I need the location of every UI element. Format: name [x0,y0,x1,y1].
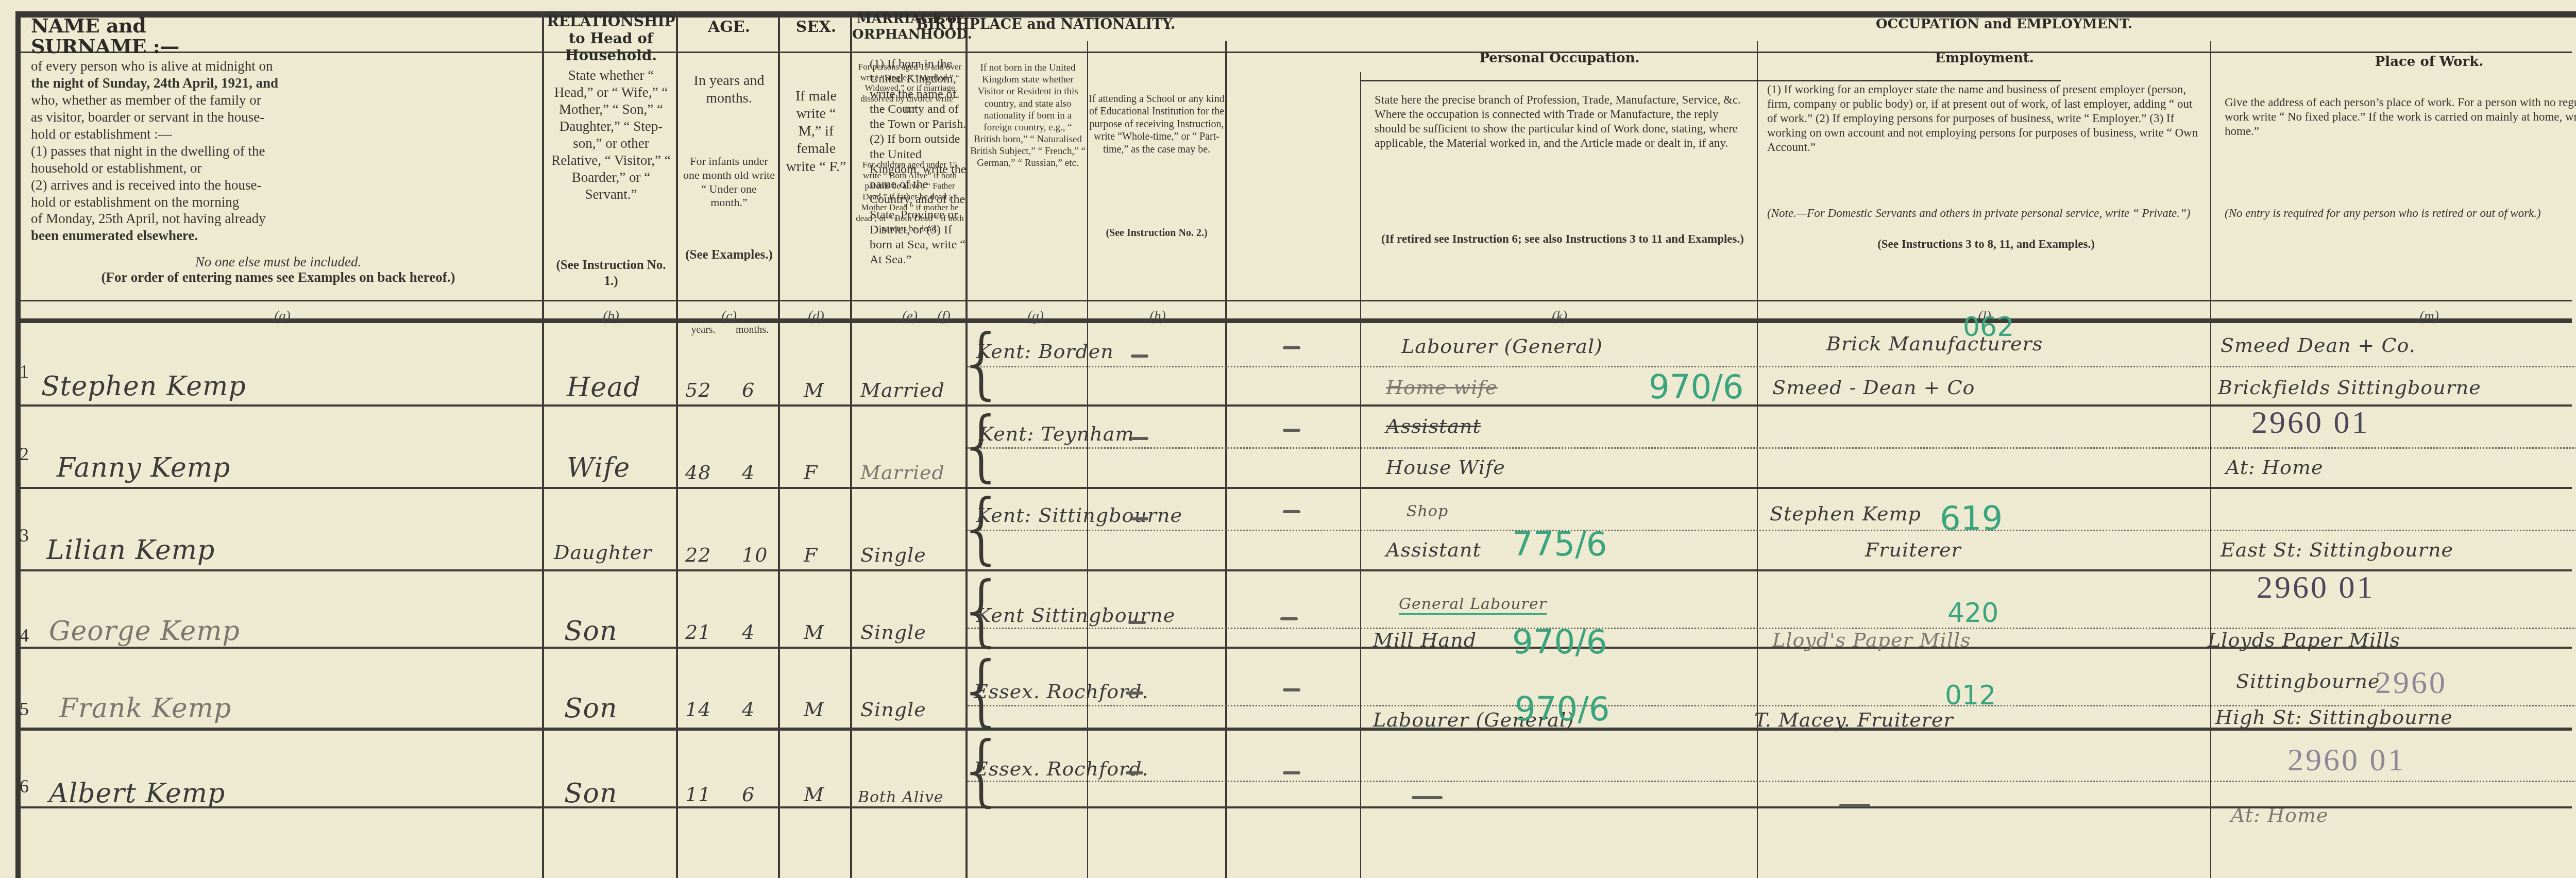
brace-icon: { [957,489,1006,567]
sex-value: F [804,461,818,484]
row-rule-5 [21,728,2572,731]
marriage-value: Both Alive [858,788,944,806]
place-of-work-title: Place of Work. [2211,54,2576,70]
occupation-group-title: OCCUPATION and EMPLOYMENT. [1361,16,2576,32]
person-name: Fanny Kemp [57,452,230,483]
employment-note: (Note.—For Domestic Servants and others … [1767,206,2205,221]
column-letter-m: (m) [2211,308,2576,324]
relationship-title: RELATIONSHIP to Head of Household. [544,13,678,64]
column-age [678,11,780,878]
birthplace-value: Kent: Teynham [979,423,1134,445]
employer-name: Smeed - Dean + Co [1772,376,1975,399]
row-number: 3 [20,525,29,546]
occupation-struck: Home wife [1386,376,1498,399]
occupation-code: 775/6 [1512,526,1607,564]
education-value-dash [1283,346,1300,349]
age-years-value: 48 [685,461,711,484]
row-rule-6 [21,806,2572,808]
birthplace-instruction: (1) If born in the United Kingdom, write… [870,57,968,268]
age-months-value: 4 [742,461,755,484]
nationality-value-dash [1131,354,1148,358]
name-order-note: (For order of entering names see Example… [31,269,526,286]
sex-value: M [804,698,824,721]
row-number: 4 [20,624,29,646]
letter-rule [21,300,2572,301]
row-number: 6 [20,775,29,797]
nationality-value-dash [1131,517,1148,520]
age-months-value: 4 [742,621,755,644]
relationship-value: Head [567,372,641,403]
occupation-note: General Labourer [1399,595,1547,615]
employment-value-dash [1839,804,1870,807]
place-code-stamp: 2960 01 [2257,569,2375,606]
sex-value: F [804,544,818,566]
place-of-work-line1: East St: Sittingbourne [2221,538,2453,561]
column-letter-b: (b) [544,308,678,324]
occupation-code: 970/6 [1515,690,1609,729]
education-value-dash [1283,429,1300,432]
nationality-value-dash [1131,437,1148,440]
occupation-value: Mill Hand [1373,629,1477,651]
employment-code: 062 [1963,312,2014,343]
occupation-note: Shop [1406,502,1448,520]
row-number: 1 [20,361,29,382]
age-years-label: years. [680,324,726,336]
name-note: No one else must be included. [31,254,526,271]
age-years-value: 21 [685,621,711,644]
column-nationality [1088,41,1227,878]
sex-title: SEX. [780,18,852,36]
column-letter-a: (a) [21,308,544,324]
occupation-value: Assistant [1386,538,1481,561]
row-rule-2 [21,487,2572,489]
relationship-value: Wife [567,452,630,483]
nationality-instruction: If not born in the United Kingdom state … [970,62,1086,170]
place-code-stamp: 2960 01 [2251,404,2370,441]
person-name: Lilian Kemp [46,535,215,566]
place-of-work-line2: High St: Sittingbourne [2215,706,2453,729]
row-number: 5 [20,698,29,720]
relationship-instruction: State whether “ Head,” or “ Wife,” “ Mot… [549,67,673,203]
birthplace-group-title: BIRTHPLACE and NATIONALITY. [876,16,1216,32]
employment-instruction: (1) If working for an employer state the… [1767,82,2205,155]
marriage-value: Married [860,461,945,484]
age-years-value: 52 [685,379,711,401]
column-letter-d: (d) [780,308,852,324]
age-years-value: 11 [685,783,711,806]
occupation-value-dash [1412,796,1443,799]
dotted-line [968,447,2576,449]
birthplace-value: Essex. Rochford. [974,757,1149,780]
marriage-value: Single [860,544,926,566]
person-name: Albert Kemp [49,778,225,809]
age-months-label: months. [726,324,778,336]
header-rule-occupation [1361,80,2061,81]
column-letter-g: (g) [1010,308,1061,324]
age-months-value: 6 [742,783,755,806]
brace-icon: { [957,407,1006,484]
occupation-struck: Assistant [1386,415,1481,437]
marriage-value: Single [860,698,926,721]
place-of-work-line1: At: Home [2231,804,2328,826]
personal-occupation-instruction: State here the precise branch of Profess… [1375,93,1751,150]
column-employment [1758,41,2211,878]
place-of-work-line1: Lloyds Paper Mills [2208,629,2400,651]
row-rule-3 [21,569,2572,571]
age-see: (See Examples.) [683,247,775,263]
occupation-code: 970/6 [1512,623,1607,662]
place-of-work-line2: Brickfields Sittingbourne [2218,376,2481,399]
column-letter-h: (h) [1088,308,1227,324]
birthplace-value: Kent: Borden [976,340,1114,363]
age-months-value: 6 [742,379,755,401]
birthplace-value: Kent: Sittingbourne [976,504,1182,527]
place-code-stamp: 2960 [2375,665,2447,701]
dotted-line [968,781,2576,782]
place-of-work-line1: Sittingbourne [2236,670,2380,693]
relationship-value: Son [564,616,617,647]
relationship-value: Daughter [554,541,652,564]
employment-code: 619 [1940,500,2003,538]
education-value-dash [1280,617,1298,620]
person-name: Stephen Kemp [41,371,246,402]
occupation-value: Labourer (General) [1401,335,1603,358]
place-of-work-instruction: Give the address of each person’s place … [2225,95,2576,139]
sex-value: M [804,783,824,806]
column-education [1227,72,1361,878]
employer-name: Lloyd's Paper Mills [1772,629,1971,651]
age-title: AGE. [678,18,780,36]
place-code-stamp: 2960 01 [2287,742,2406,779]
marriage-value: Married [860,379,945,401]
nationality-value-dash [1126,691,1143,695]
employer-name: Stephen Kemp [1770,502,1921,525]
age-years-value: 14 [685,698,711,721]
education-see: (See Instruction No. 2.) [1088,227,1225,239]
personal-occupation-title: Personal Occupation. [1361,50,1758,66]
employment-code: 012 [1945,680,1996,711]
row-number: 2 [20,443,29,465]
name-instructions: of every person who is alive at midnight… [31,58,536,244]
row-rule-1 [21,404,2572,407]
employment-see: (See Instructions 3 to 8, 11, and Exampl… [1767,237,2205,251]
row-rule-4 [21,647,2572,649]
sex-value: M [804,621,824,644]
marriage-value: Single [860,621,926,644]
name-column-title: NAME and SURNAME :— [31,15,216,57]
age-years-value: 22 [685,544,711,566]
person-name: George Kemp [49,616,240,647]
place-of-work-note: (No entry is required for any person who… [2225,206,2576,221]
relationship-value: Son [564,778,617,809]
occupation-code: 970/6 [1649,368,1743,407]
employment-code: 420 [1947,598,1998,629]
employment-title: Employment. [1758,50,2211,66]
occupation-value: House Wife [1386,456,1505,479]
education-value-dash [1283,688,1300,691]
column-letter-c: (c) [678,308,780,324]
place-of-work-line1: Smeed Dean + Co. [2221,334,2416,357]
education-value-dash [1283,510,1300,513]
education-instruction: If attending a School or any kind of Edu… [1088,93,1225,156]
nationality-value-dash [1126,771,1143,774]
sex-instruction: If male write “ M,” if female write “ F.… [783,88,849,176]
relationship-value: Son [564,693,617,724]
age-infants-note: For infants under one month old write “ … [683,155,775,210]
nationality-value-dash [1128,621,1146,624]
education-value-dash [1283,771,1300,774]
age-instruction: In years and months. [683,72,775,107]
brace-icon: { [957,325,1006,402]
birthplace-value: Essex. Rochford. [974,680,1149,703]
age-months-value: 4 [742,698,755,721]
dotted-line [968,366,2576,367]
personal-occupation-see: (If retired see Instruction 6; see also … [1375,232,1751,246]
place-of-work-line1: At: Home [2226,456,2323,479]
employer-business: Fruiterer [1865,538,1961,561]
employer-name: T. Macey. Fruiterer [1754,708,1954,731]
dotted-line [968,530,2576,531]
relationship-see: (See Instruction No. 1.) [549,258,673,289]
column-letter-k: (k) [1361,308,1758,324]
person-name: Frank Kemp [59,693,231,724]
sex-value: M [804,379,824,401]
age-months-value: 10 [742,544,768,566]
